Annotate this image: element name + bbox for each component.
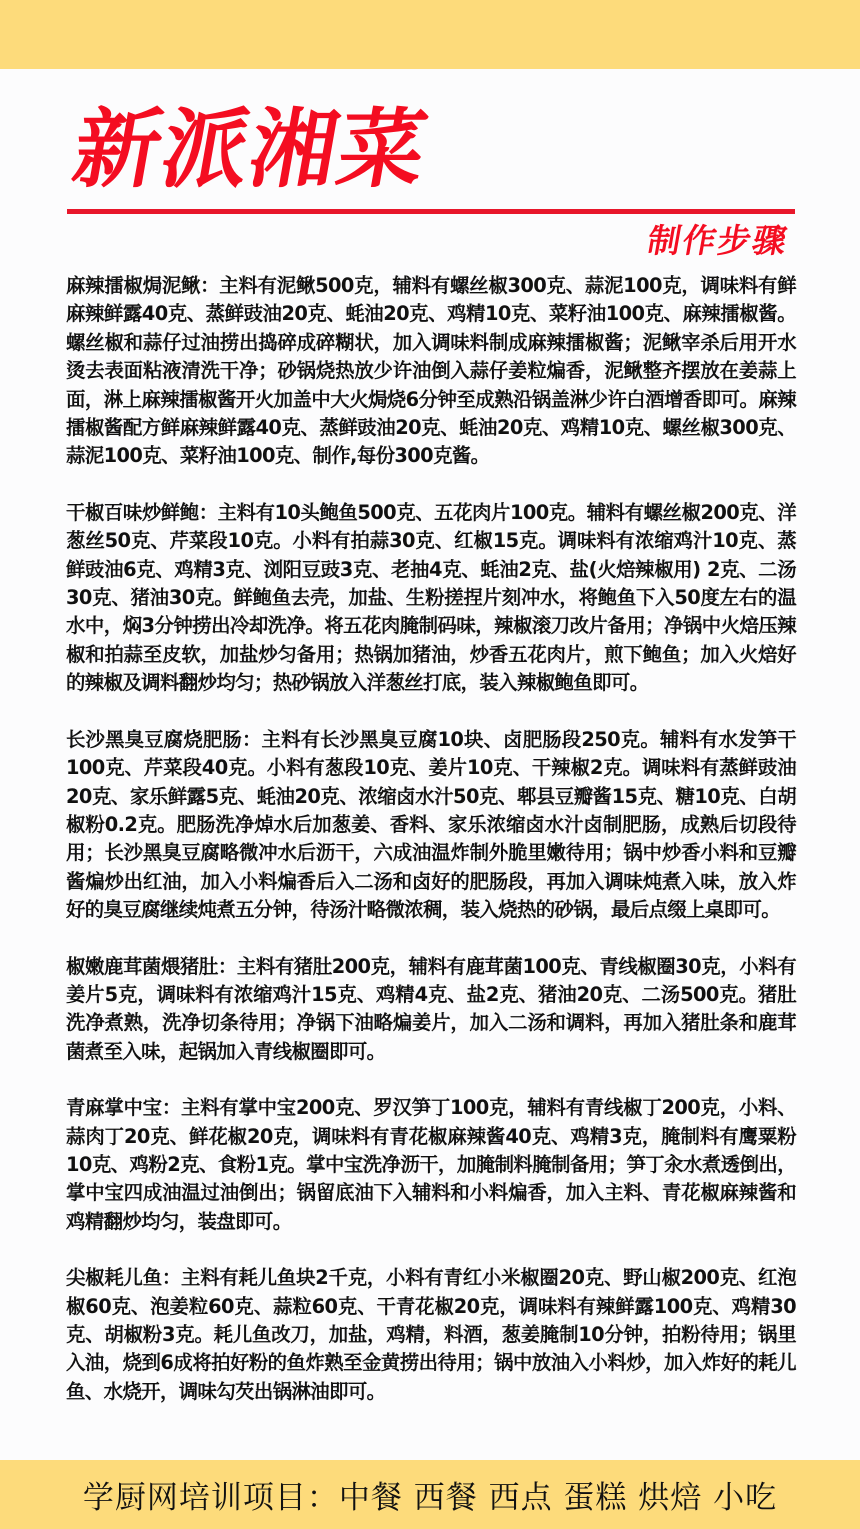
footer-text: 学厨网培训项目：中餐 西餐 西点 蛋糕 烘焙 小吃 [83,1472,777,1517]
recipe-abalone: 干椒百味炒鲜鲍：主料有10头鲍鱼500克、五花肉片100克。辅料有螺丝椒200克… [66,499,796,698]
top-banner [0,0,860,69]
recipe-pork-tripe: 椒嫩鹿茸菌煨猪肚：主料有猪肚200克，辅料有鹿茸菌100克、青线椒圈30克，小料… [66,953,796,1067]
footer-banner: 学厨网培训项目：中餐 西餐 西点 蛋糕 烘焙 小吃 [0,1460,860,1529]
recipe-chicken-cartilage: 青麻掌中宝：主料有掌中宝200克、罗汉笋丁100克，辅料有青线椒丁200克，小料… [66,1094,796,1236]
recipe-stinky-tofu-intestine: 长沙黑臭豆腐烧肥肠：主料有长沙黑臭豆腐10块、卤肥肠段250克。辅料有水发笋干1… [66,726,796,925]
recipe-filefish: 尖椒耗儿鱼：主料有耗儿鱼块2千克，小料有青红小米椒圈20克、野山椒200克、红泡… [66,1264,796,1406]
recipe-list: 麻辣擂椒焗泥鳅：主料有泥鳅500克，辅料有螺丝椒300克、蒜泥100克，调味料有… [66,272,796,1406]
page-title: 新派湘菜 [66,100,436,200]
title-divider [67,209,795,214]
page-subtitle: 制作步骤 [645,222,792,260]
recipe-mala-loach: 麻辣擂椒焗泥鳅：主料有泥鳅500克，辅料有螺丝椒300克、蒜泥100克，调味料有… [66,272,796,471]
